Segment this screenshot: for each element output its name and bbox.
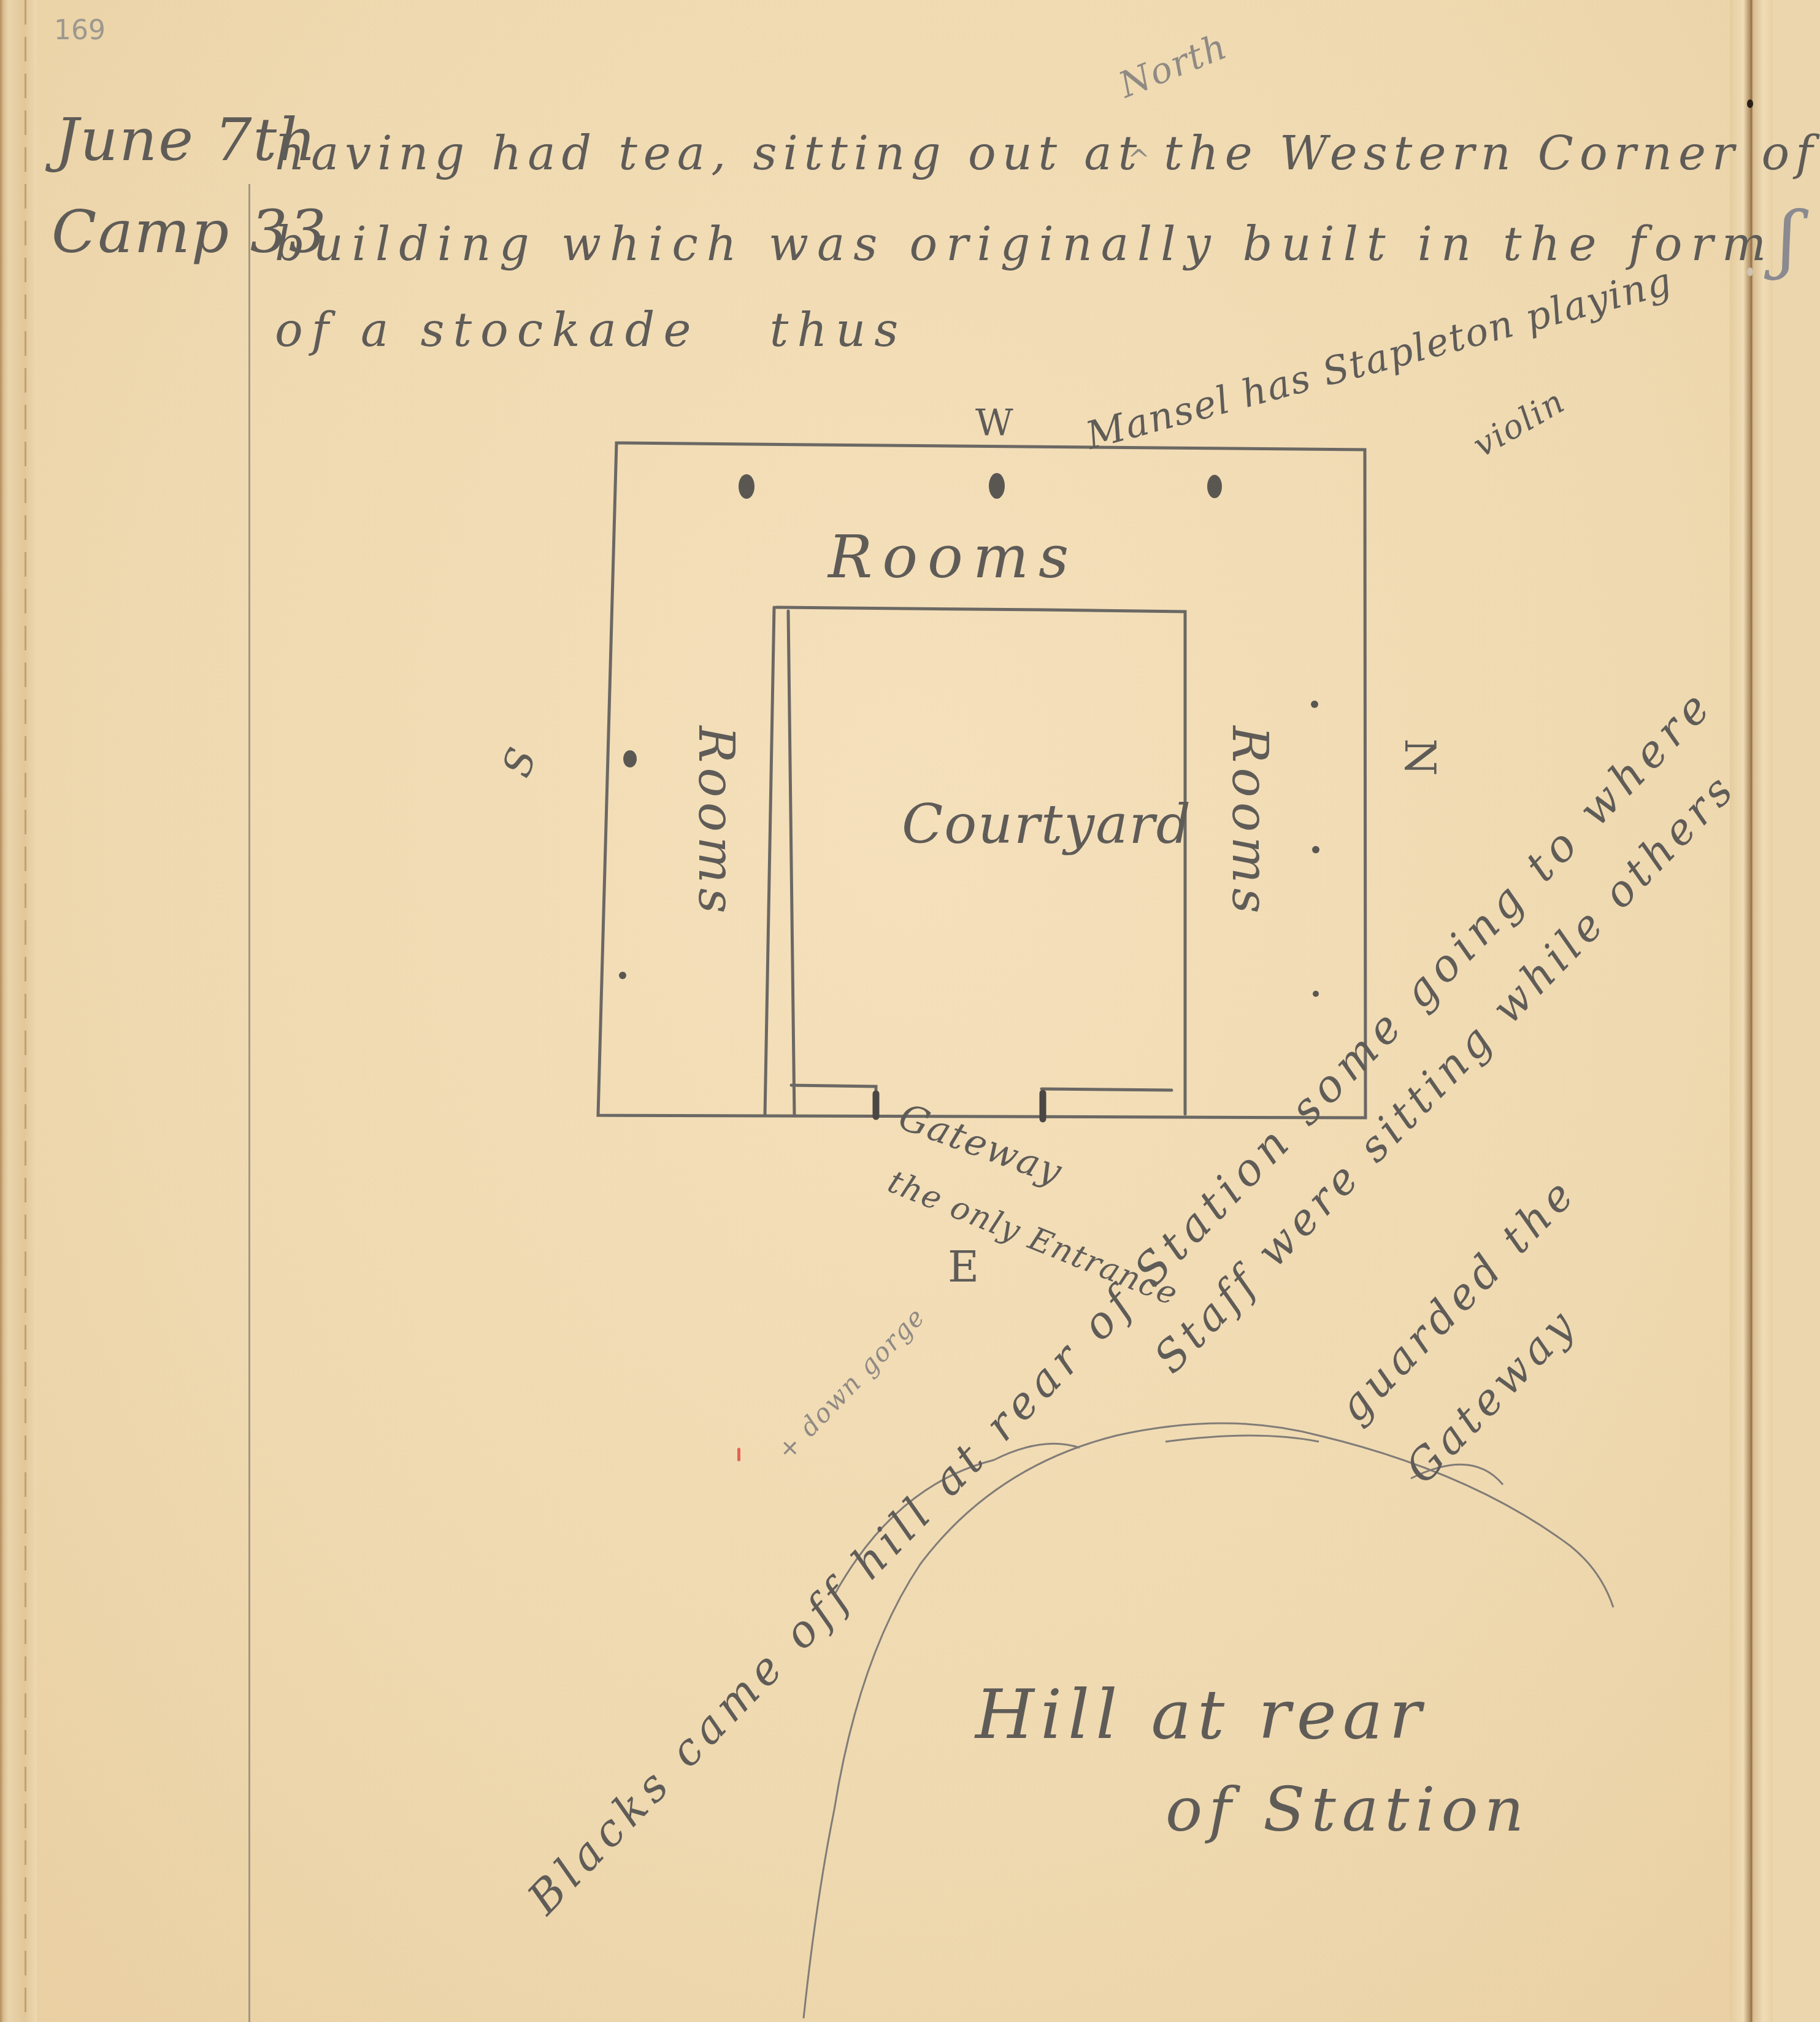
red-pencil-mark bbox=[737, 1448, 740, 1461]
loophole-dot bbox=[623, 750, 637, 767]
compass-east: E bbox=[948, 1245, 980, 1288]
compass-west: W bbox=[975, 405, 1015, 442]
loophole-dot bbox=[619, 972, 626, 979]
loophole-dot bbox=[1313, 991, 1319, 997]
gateway-right-stub bbox=[1042, 1089, 1172, 1090]
notebook-page: ʃ 169 June 7th Camp 33 having had tea, s… bbox=[0, 0, 1820, 2022]
loophole-dot bbox=[1311, 701, 1318, 708]
label-rooms-top: Rooms bbox=[828, 528, 1078, 586]
inner-wall-left-outer bbox=[765, 607, 774, 1115]
inner-wall-left-inner bbox=[788, 611, 794, 1115]
loophole-dot bbox=[1312, 846, 1319, 853]
hill-label-line-2: of Station bbox=[1165, 1779, 1530, 1840]
inner-wall-right bbox=[776, 607, 1185, 1114]
label-courtyard: Courtyard bbox=[902, 798, 1192, 851]
loophole-dot bbox=[739, 474, 754, 499]
loophole-dot bbox=[989, 473, 1005, 499]
label-rooms-left: Rooms bbox=[691, 726, 740, 918]
hill-label-line-1: Hill at rear bbox=[975, 1681, 1427, 1748]
hill-ridge bbox=[1165, 1436, 1319, 1442]
loophole-dot bbox=[1207, 475, 1222, 498]
label-rooms-right: Rooms bbox=[1225, 726, 1274, 918]
gateway-left-stub bbox=[791, 1085, 876, 1117]
compass-north: N bbox=[1399, 738, 1442, 777]
